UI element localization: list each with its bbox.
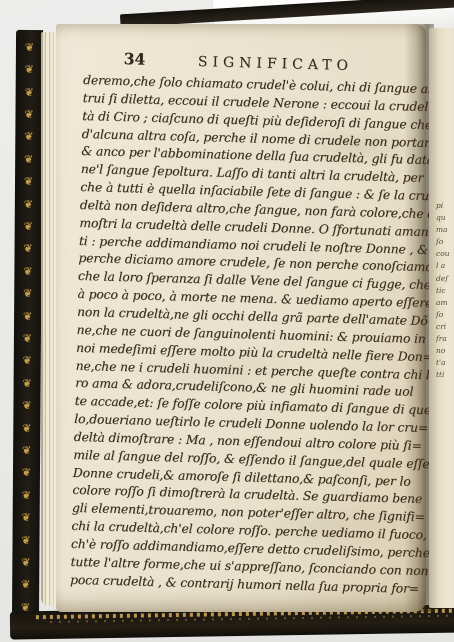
book-cover-spine: ❦ ❦ ❦ ❦ ❦ ❦ ❦ ❦ ❦ ❦ ❦ ❦ ❦ ❦ ❦ ❦ ❦ ❦ ❦ ❦ …: [12, 30, 43, 626]
fleuron-column: ❦ ❦ ❦ ❦ ❦ ❦ ❦ ❦ ❦ ❦ ❦ ❦ ❦ ❦ ❦ ❦ ❦ ❦ ❦ ❦ …: [21, 37, 34, 620]
printed-text-block: 34 SIGNIFICATO deremo,che ſolo chiamato …: [70, 48, 420, 598]
facing-page-text-fragments: pi qu ma ſo cou l a deſ tic am ſo cri fr…: [429, 28, 454, 381]
body-text: deremo,che ſolo chiamato crudel'è colui,…: [70, 72, 419, 598]
book-photograph: ❦ ❦ ❦ ❦ ❦ ❦ ❦ ❦ ❦ ❦ ❦ ❦ ❦ ❦ ❦ ❦ ❦ ❦ ❦ ❦ …: [0, 0, 454, 642]
facing-page-sliver: pi qu ma ſo cou l a deſ tic am ſo cri fr…: [429, 28, 454, 608]
running-title: SIGNIFICATO: [145, 53, 406, 76]
page-number: 34: [123, 49, 145, 69]
